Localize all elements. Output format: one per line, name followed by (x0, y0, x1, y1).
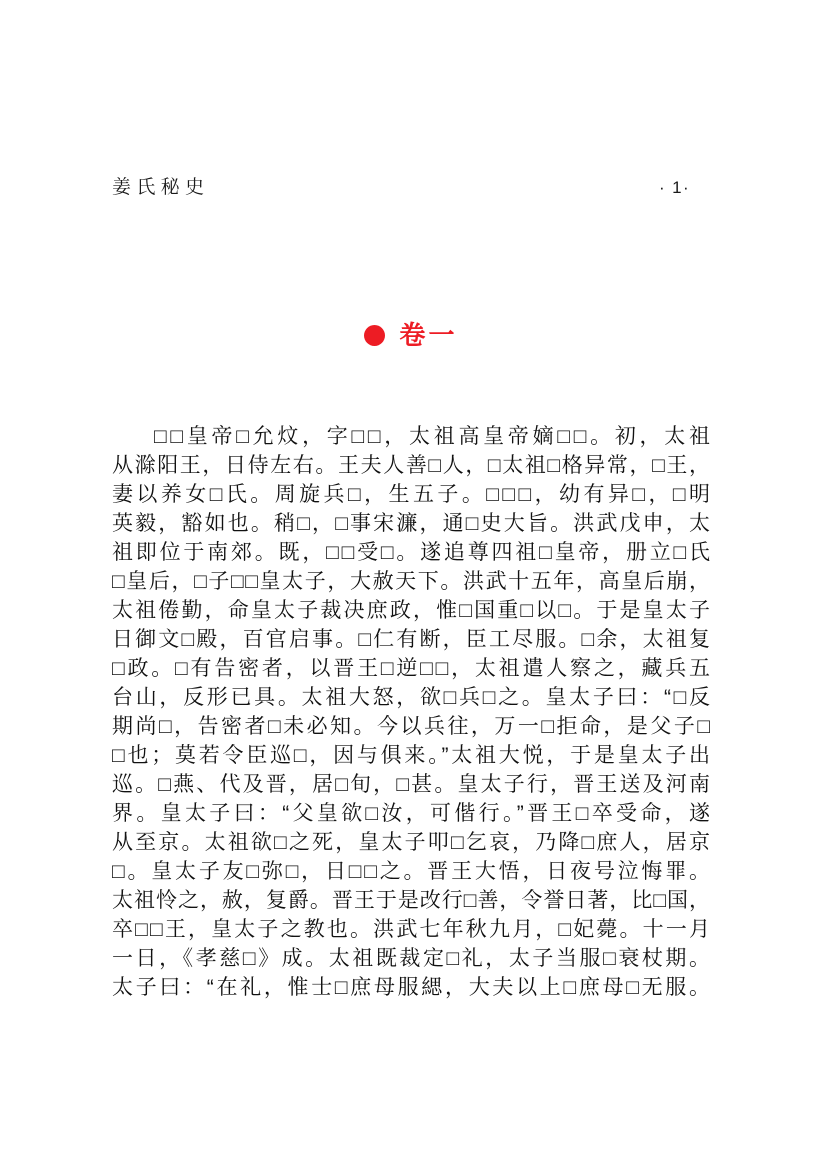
body-line: 祖即位于南郊。既，□□受□。遂追尊四祖□皇帝，册立□氏 (112, 538, 710, 567)
body-line: 台山，反形已具。太祖大怒，欲□兵□之。皇太子曰：“□反 (112, 683, 710, 712)
body-line: 界。皇太子曰：“父皇欲□汝，可偕行。”晋王□卒受命，遂 (112, 799, 710, 828)
chapter-title: 卷一 (399, 320, 457, 350)
chapter-bullet-icon (364, 325, 385, 346)
body-line: □皇后，□子□□皇太子，大赦天下。洪武十五年，高皇后崩， (112, 567, 710, 596)
page-header: 姜氏秘史 · 1· (112, 172, 710, 199)
document-page: 姜氏秘史 · 1· 卷一 □□皇帝□允炆，字□□，太祖高皇帝嫡□□。初，太祖从滁… (0, 0, 822, 1150)
body-line: 从至京。太祖欲□之死，皇太子叩□乞哀，乃降□庶人，居京 (112, 828, 710, 857)
body-line: 太子曰：“在礼，惟士□庶母服緦，大夫以上□庶母□无服。 (112, 973, 710, 1002)
body-line: 太祖倦勤，命皇太子裁决庶政，惟□国重□以□。于是皇太子 (112, 596, 710, 625)
chapter-heading: 卷一 (112, 320, 710, 350)
body-line: 日御文□殿，百官启事。□仁有断，臣工尽服。□余，太祖复 (112, 625, 710, 654)
body-line: 卒□□王，皇太子之教也。洪武七年秋九月，□妃薨。十一月 (112, 915, 710, 944)
body-line: □政。□有告密者，以晋王□逆□□，太祖遣人察之，藏兵五 (112, 654, 710, 683)
body-line: 从滁阳王，日侍左右。王夫人善□人，□太祖□格异常，□王， (112, 451, 710, 480)
body-line: □也；莫若令臣巡□，因与俱来。”太祖大悦，于是皇太子出 (112, 741, 710, 770)
body-line: 期尚□，告密者□未必知。今以兵往，万一□拒命，是父子□ (112, 712, 710, 741)
body-line: 太祖怜之，赦，复爵。晋王于是改行□善，令誉日著，比□国， (112, 886, 710, 915)
body-text: □□皇帝□允炆，字□□，太祖高皇帝嫡□□。初，太祖从滁阳王，日侍左右。王夫人善□… (112, 422, 710, 1002)
body-line: 一日，《孝慈□》成。太祖既裁定□礼，太子当服□衰杖期。 (112, 944, 710, 973)
body-line: □□皇帝□允炆，字□□，太祖高皇帝嫡□□。初，太祖 (112, 422, 710, 451)
book-title: 姜氏秘史 (112, 172, 209, 199)
body-line: □。皇太子友□弥□，日□□之。晋王大悟，日夜号泣悔罪。 (112, 857, 710, 886)
body-line: 妻以养女□氏。周旋兵□，生五子。□□□，幼有异□，□明 (112, 480, 710, 509)
page-number: · 1· (659, 178, 690, 198)
body-line: 巡。□燕、代及晋，居□旬，□甚。皇太子行，晋王送及河南 (112, 770, 710, 799)
body-line: 英毅，豁如也。稍□，□事宋濂，通□史大旨。洪武戊申，太 (112, 509, 710, 538)
